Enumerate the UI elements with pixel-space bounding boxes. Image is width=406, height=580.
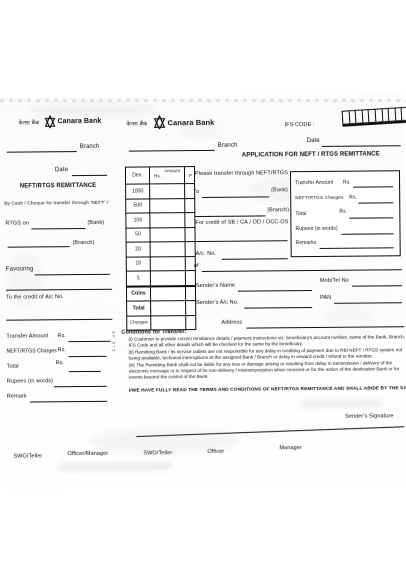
- for-credit-line: For credit of SB / CA / OD / OCC-OS: [195, 219, 288, 226]
- amount-header-label: Amount: [164, 168, 180, 173]
- conditions-heading: Conditions for Transfer:: [121, 329, 186, 336]
- denom-label: 500: [126, 199, 150, 213]
- denom-label: Charges: [127, 316, 151, 330]
- box-total-line: [349, 217, 393, 218]
- denom-row-coins: Coins: [127, 286, 195, 302]
- mob-tel-label: Mob/Tel No: [320, 278, 349, 284]
- denom-label: 100: [126, 213, 150, 227]
- of-label: of: [194, 263, 199, 269]
- scanned-paper: केनरा बैंक Canara Bank Branch Date NEFT/…: [0, 0, 406, 580]
- conditions-list: (i) Customer to provide correct remittan…: [128, 334, 406, 381]
- form-date-label: Date: [307, 138, 320, 144]
- counterfoil: केनरा बैंक Canara Bank Branch Date NEFT/…: [0, 0, 403, 2]
- denom-label: Coins: [127, 287, 151, 301]
- to-label: To: [193, 189, 199, 195]
- box-total-rs: Rs.: [339, 209, 347, 215]
- denom-label: 50: [126, 228, 150, 242]
- counterfoil-branch-paren: (Branch): [73, 240, 95, 246]
- ifs-code-label: IFS CODE :: [285, 122, 315, 128]
- counterfoil-rtgs-on-label: RTGS on: [5, 220, 29, 226]
- form-branch-label: Branch: [218, 143, 238, 149]
- senders-signature-label: Sender's Signature: [345, 413, 393, 419]
- counterfoil-bank-paren: (Bank): [87, 220, 104, 226]
- box-transfer-amount-line: [353, 186, 393, 187]
- box-remarks-label: Remarks: [296, 240, 317, 246]
- denom-row: 500: [126, 199, 194, 214]
- denom-amount-cell: [151, 316, 195, 330]
- ghost-text-smudge: [301, 400, 381, 407]
- counterfoil-by-cash-line: By Cash / Cheque for transfer through 'N…: [4, 201, 108, 207]
- counterfoil-bank-name-hindi: केनरा बैंक: [18, 118, 39, 126]
- counterfoil-total-rs: Rs.: [56, 360, 65, 366]
- denom-label: 5: [127, 271, 151, 285]
- counterfoil-rupees-words-label: Rupees (in words): [7, 378, 53, 384]
- condition-item: (i) Customer to provide correct remittan…: [128, 334, 406, 348]
- ac-no-label: A/c. No.: [196, 251, 216, 257]
- p-header-label: P: [189, 173, 192, 178]
- box-transfer-amount-rs: Rs.: [343, 180, 351, 186]
- scan-noise: [8, 249, 45, 309]
- denom-row-total: Total: [127, 301, 195, 316]
- denom-label: 1000: [126, 184, 150, 198]
- counterfoil-transfer-amount-label: Transfer Amount: [6, 333, 48, 339]
- denom-amount-cell: [151, 271, 195, 285]
- denom-amount-cell: [151, 287, 195, 301]
- box-remarks-line: [320, 247, 394, 249]
- den-header-cell: Den.: [126, 167, 150, 183]
- box-total-label: Total: [295, 211, 306, 217]
- denom-amount-cell: [151, 242, 195, 256]
- box-rupees-words-line: [342, 233, 394, 234]
- denom-label: 10: [127, 257, 151, 271]
- condition-item: (iii) The Remitting Bank shall not be li…: [129, 360, 406, 380]
- denom-row: 10: [127, 257, 195, 272]
- denomination-table-header: Den. Amount Rs. P: [126, 167, 194, 185]
- transfer-through-line: Please transfer through NEFT/RTGS: [195, 170, 288, 177]
- counterfoil-title: NEFT/RTGS REMITTANCE: [5, 183, 111, 190]
- scanned-neft-form-page: केनरा बैंक Canara Bank Branch Date NEFT/…: [0, 0, 406, 580]
- denom-amount-cell: [151, 301, 195, 315]
- counterfoil-date-label: Date: [55, 167, 68, 173]
- denom-row: 20: [127, 242, 195, 257]
- counterfoil-officer-manager-label: Officer/Manager: [67, 451, 108, 457]
- box-charges-line: [358, 202, 393, 203]
- counterfoil-branch-label: Branch: [80, 144, 100, 150]
- denom-amount-cell: [150, 184, 194, 198]
- counterfoil-charges-rs: Rs.: [57, 347, 66, 353]
- denomination-table: Den. Amount Rs. P 1000 500 100 50 20 10 …: [125, 166, 196, 331]
- address-label: Address: [221, 320, 242, 326]
- pan-label: PAN: [320, 295, 331, 301]
- rs-header-label: Rs.: [154, 173, 161, 178]
- canara-bank-logo-icon: [153, 115, 165, 129]
- amount-box: Transfer Amount Rs. NEFT/RTGS Charges Rs…: [290, 170, 401, 257]
- box-rupees-words-label: Rupees (in words): [295, 226, 337, 232]
- form-branch-paren: (Branch): [267, 207, 289, 213]
- denom-row: 50: [126, 228, 194, 243]
- ifsc-box-cell: [402, 107, 406, 121]
- form-bank-name-hindi: केनरा बैंक: [127, 119, 148, 127]
- vertical-form-code: NF 975: [111, 331, 116, 353]
- counterfoil-swo-teller-label: SWO/Teller: [13, 453, 42, 459]
- denom-amount-cell: [150, 228, 194, 242]
- box-charges-rs: Rs.: [349, 195, 357, 201]
- counterfoil-transfer-amount-rs: Rs.: [57, 333, 66, 339]
- denom-label: Total: [127, 301, 151, 315]
- counterfoil-total-label: Total: [7, 364, 19, 370]
- paise-column-divider: [184, 167, 185, 183]
- main-form: केनरा बैंक Canara Bank IFS CODE : Branch…: [0, 0, 403, 2]
- denom-amount-cell: [150, 199, 194, 213]
- counterfoil-bank-name: Canara Bank: [57, 118, 101, 125]
- senders-ac-no-label: Sender's A/c No.: [196, 300, 238, 306]
- canara-bank-logo-icon: [44, 115, 55, 128]
- denom-row-charges: Charges: [127, 316, 195, 330]
- form-manager-label: Manager: [279, 445, 301, 451]
- denom-amount-cell: [150, 213, 194, 227]
- denom-label: 20: [127, 242, 151, 256]
- denom-row: 100: [126, 213, 194, 228]
- counterfoil-remark-label: Remark: [7, 394, 27, 400]
- senders-name-label: Sender's Name: [196, 283, 235, 289]
- denom-amount-cell: [151, 257, 195, 271]
- ghost-text-smudge: [60, 462, 172, 471]
- denom-row: 5: [127, 271, 195, 286]
- amount-header-cell: Amount Rs. P: [150, 167, 194, 183]
- counterfoil-charges-label: NEFT/RTGS Charges: [7, 348, 57, 354]
- condition-item: (ii) Remitting Bank / its service outlet…: [129, 347, 406, 361]
- denom-row: 1000: [126, 184, 194, 199]
